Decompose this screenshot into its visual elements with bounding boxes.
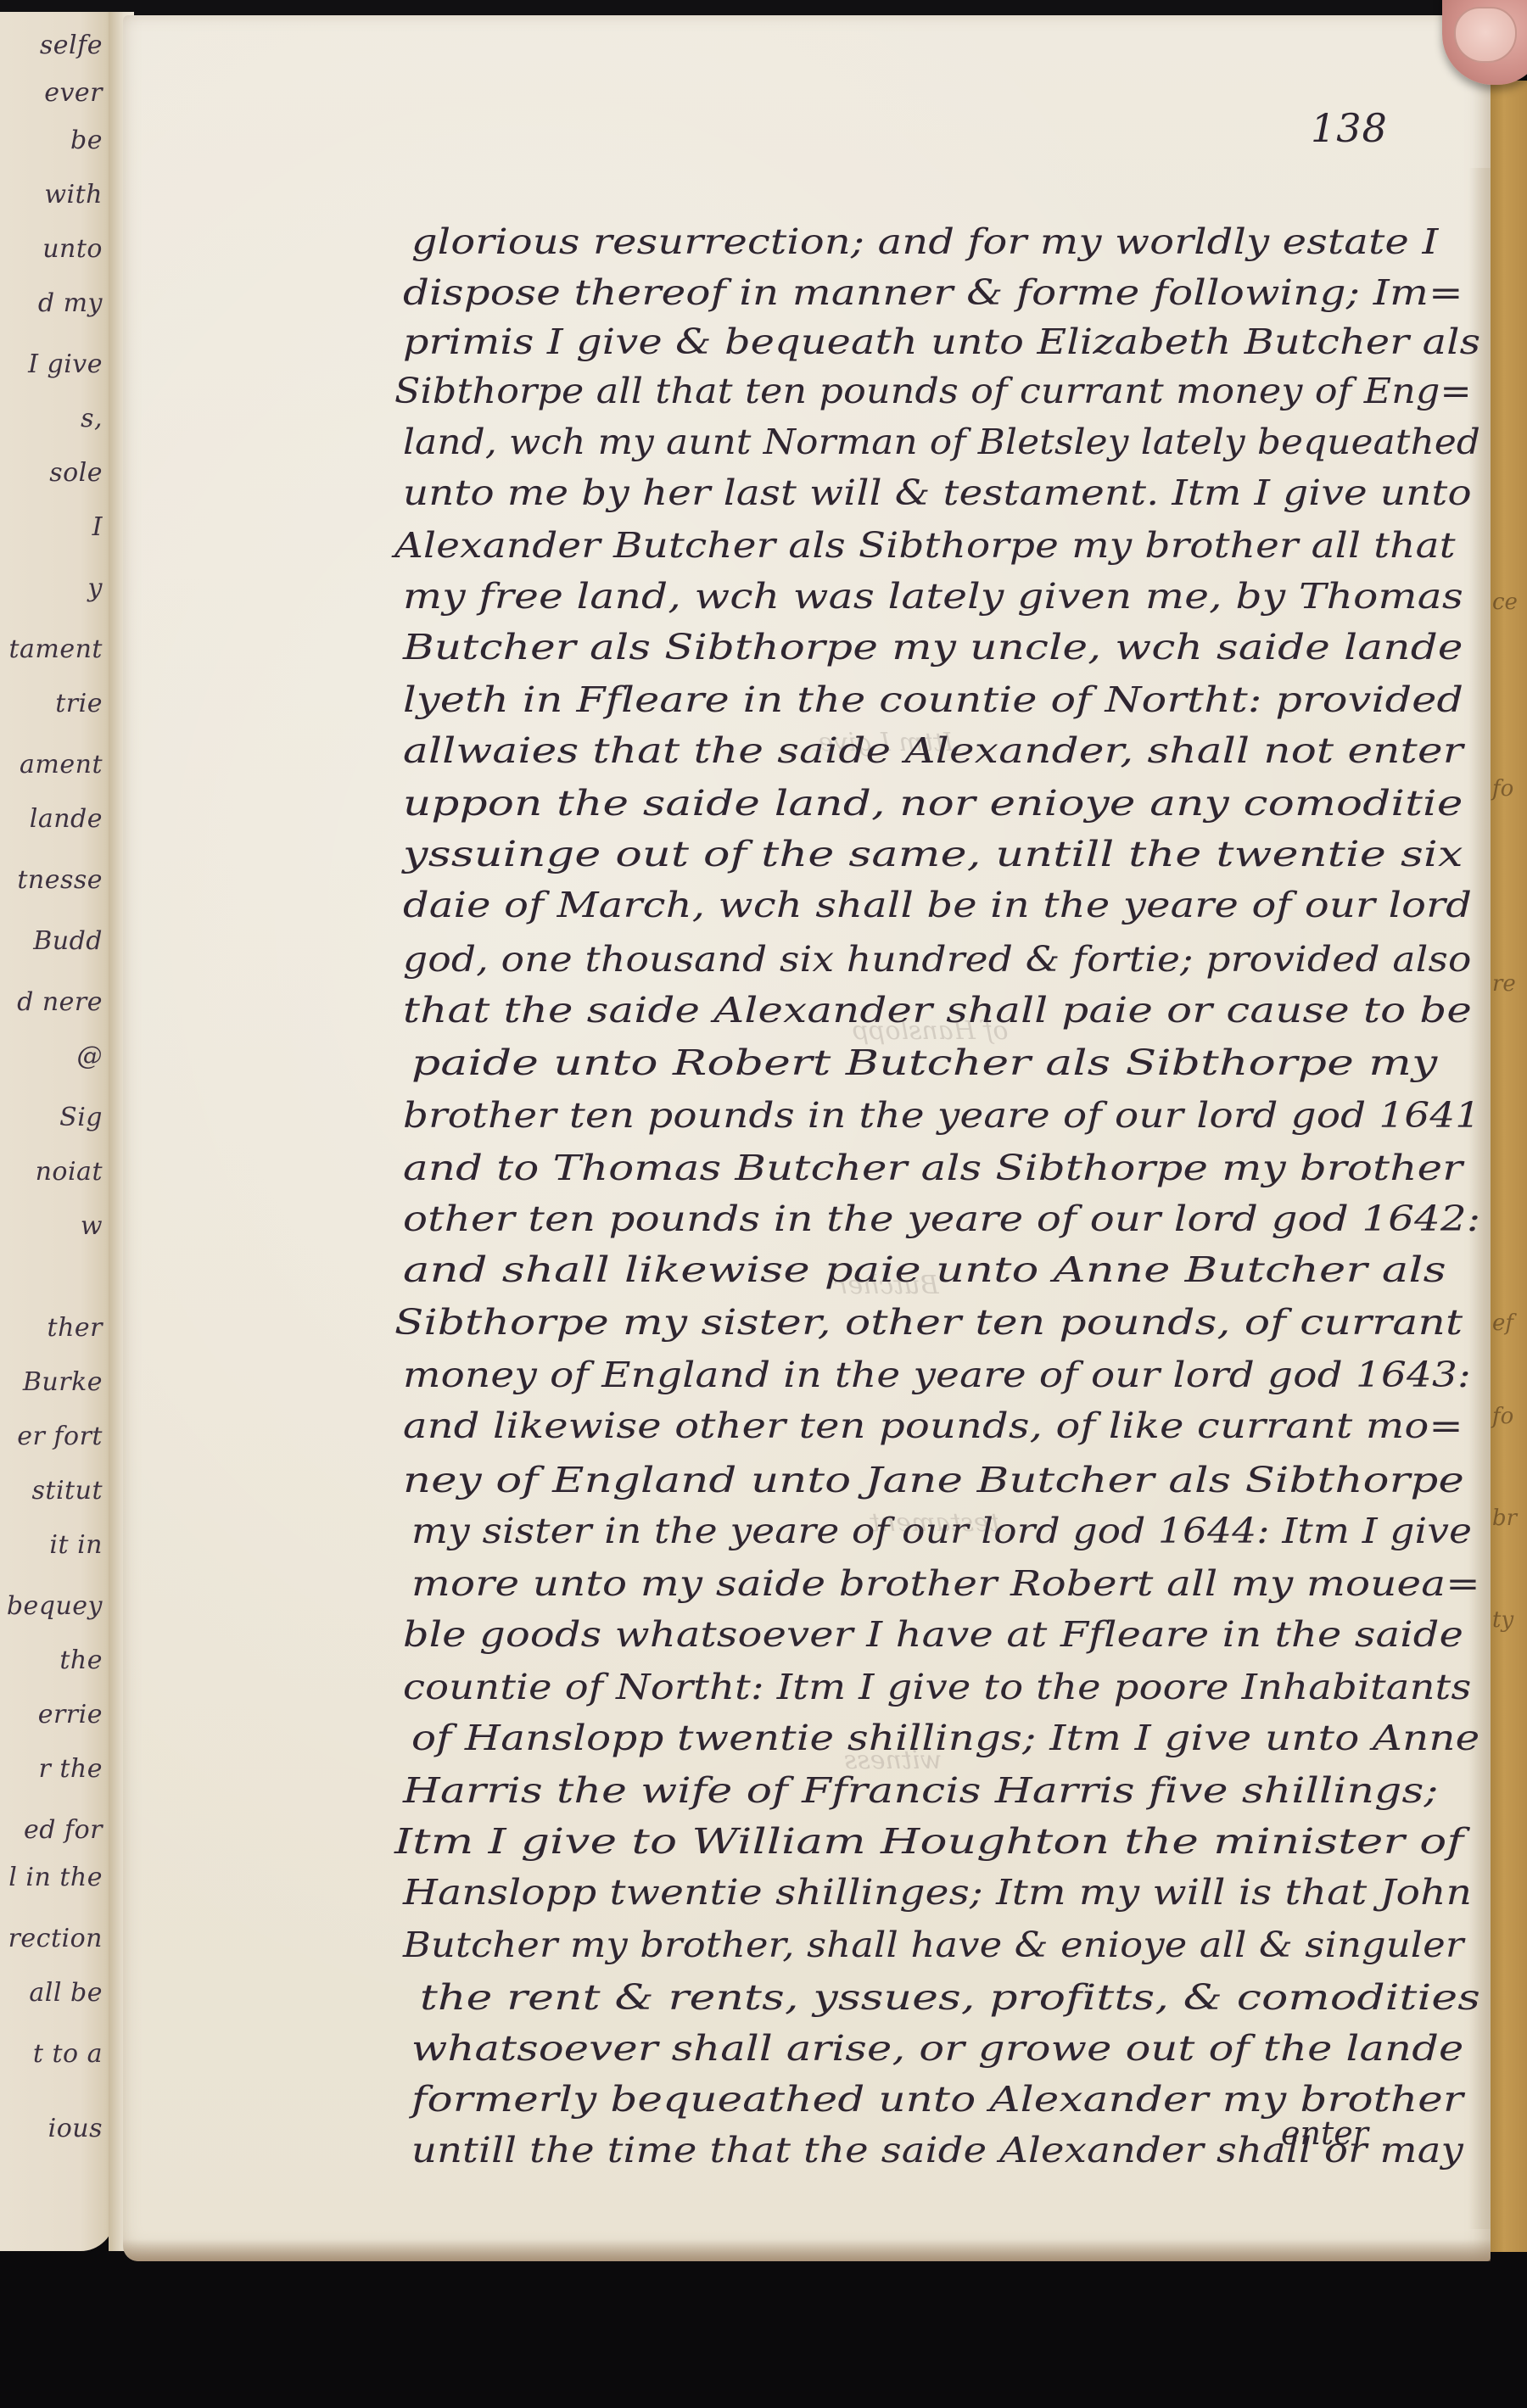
left-page-fragment: ament	[20, 750, 103, 779]
manuscript-line: other ten pounds in the yeare of our lor…	[403, 1193, 1480, 1244]
cover-ghost-text: fo	[1492, 1404, 1513, 1429]
left-page-fragment: with	[44, 180, 103, 210]
cover-ghost-text: re	[1492, 971, 1516, 997]
left-page-fragment: unto	[42, 234, 103, 264]
manuscript-line: money of England in the yeare of our lor…	[403, 1349, 1471, 1400]
manuscript-line: that the saide Alexander shall paie or c…	[403, 985, 1472, 1036]
left-page-fragment: it in	[49, 1530, 103, 1560]
manuscript-line: ney of England unto Jane Butcher als Sib…	[403, 1455, 1464, 1506]
manuscript-line: god, one thousand six hundred & fortie; …	[403, 934, 1472, 985]
manuscript-line: unto me by her last will & testament. It…	[403, 467, 1472, 518]
left-page-verso: selfeeverbewithuntod myI gives,soleIytam…	[0, 12, 115, 2251]
left-page-fragment: tnesse	[17, 865, 103, 895]
left-page-fragment: all be	[29, 1978, 103, 2008]
manuscript-line: Butcher my brother, shall have & enioye …	[403, 1919, 1464, 1970]
manuscript-line: ble goods whatsoever I have at Ffleare i…	[403, 1609, 1463, 1660]
cover-ghost-text: ef	[1492, 1310, 1513, 1336]
manuscript-line: and shall likewise paie unto Anne Butche…	[403, 1244, 1446, 1295]
manuscript-line: lyeth in Ffleare in the countie of North…	[403, 674, 1463, 725]
left-page-fragment: r the	[38, 1754, 103, 1784]
manuscript-line: and to Thomas Butcher als Sibthorpe my b…	[403, 1143, 1463, 1193]
cover-ghost-text: ty	[1492, 1607, 1513, 1633]
manuscript-line: allwaies that the saide Alexander, shall…	[403, 725, 1463, 776]
manuscript-line: Butcher als Sibthorpe my uncle, wch said…	[403, 622, 1463, 673]
left-page-fragment: rection	[8, 1924, 103, 1953]
manuscript-line: daie of March, wch shall be in the yeare…	[403, 880, 1472, 930]
book-cover-edge: ce fo re ef fo br ty	[1489, 81, 1527, 2252]
cover-ghost-text: br	[1492, 1506, 1517, 1531]
manuscript-line: Itm I give to William Houghton the minis…	[394, 1816, 1463, 1867]
left-page-fragment: the	[59, 1645, 103, 1675]
cover-ghost-text: ce	[1492, 589, 1518, 615]
left-page-fragment: sole	[49, 458, 103, 488]
left-page-fragment: @	[77, 1042, 103, 1071]
folio-number: 138	[1311, 105, 1388, 151]
manuscript-line: Sibthorpe my sister, other ten pounds, o…	[394, 1297, 1463, 1348]
manuscript-scene: ce fo re ef fo br ty selfeeverbewithunto…	[0, 0, 1527, 2408]
left-page-fragment: errie	[38, 1700, 103, 1729]
manuscript-line: glorious resurrection; and for my worldl…	[411, 216, 1439, 267]
left-page-fragment: w	[81, 1211, 103, 1241]
manuscript-line: primis I give & bequeath unto Elizabeth …	[403, 316, 1480, 367]
left-page-fragment: ever	[44, 78, 103, 108]
left-page-fragment: I	[92, 512, 103, 542]
manuscript-line: my sister in the yeare of our lord god 1…	[411, 1506, 1472, 1556]
left-page-fragment: tament	[8, 634, 103, 664]
manuscript-line: countie of Northt: Itm I give to the poo…	[403, 1662, 1471, 1712]
page-bottom-edge	[123, 2239, 1491, 2261]
left-page-fragment: trie	[55, 689, 103, 718]
manuscript-line: and likewise other ten pounds, of like c…	[403, 1400, 1463, 1451]
manuscript-line: Sibthorpe all that ten pounds of currant…	[394, 366, 1472, 416]
cover-ghost-text: fo	[1492, 776, 1513, 802]
left-page-fragment: noiat	[36, 1157, 103, 1187]
manuscript-line: Harris the wife of Ffrancis Harris five …	[403, 1765, 1439, 1816]
manuscript-line: yssuinge out of the same, untill the twe…	[403, 829, 1463, 880]
left-page-fragment: lande	[30, 804, 103, 834]
left-page-fragment: y	[88, 573, 103, 603]
left-page-fragment: Budd	[33, 926, 103, 956]
manuscript-line: land, wch my aunt Norman of Bletsley lat…	[403, 416, 1480, 467]
left-page-fragment: selfe	[40, 31, 103, 60]
left-page-fragment: ious	[48, 2114, 103, 2143]
left-page-fragment: ed for	[24, 1815, 103, 1845]
catchword: enter	[1281, 2115, 1368, 2152]
left-page-fragment: d nere	[17, 987, 103, 1017]
manuscript-line: the rent & rents, yssues, profitts, & co…	[420, 1972, 1480, 2023]
manuscript-line: of Hanslopp twentie shillings; Itm I giv…	[411, 1712, 1479, 1763]
left-page-fragment: be	[70, 126, 103, 155]
manuscript-line: my free land, wch was lately given me, b…	[403, 571, 1463, 622]
left-page-fragment: ther	[48, 1313, 103, 1343]
manuscript-line: paide unto Robert Butcher als Sibthorpe …	[411, 1037, 1438, 1088]
left-page-fragment: I give	[28, 349, 103, 379]
left-page-fragment: bequey	[7, 1591, 103, 1621]
left-page-fragment: s,	[81, 404, 103, 433]
thumbnail	[1454, 7, 1517, 63]
left-page-fragment: t to a	[33, 2039, 103, 2069]
left-page-fragment: Burke	[23, 1367, 103, 1397]
manuscript-line: Hanslopp twentie shillinges; Itm my will…	[403, 1867, 1472, 1918]
manuscript-line: more unto my saide brother Robert all my…	[411, 1558, 1480, 1609]
left-page-fragment: er fort	[17, 1422, 103, 1451]
manuscript-line: dispose thereof in manner & forme follow…	[403, 267, 1463, 318]
manuscript-line: brother ten pounds in the yeare of our l…	[403, 1090, 1480, 1141]
manuscript-line: Alexander Butcher als Sibthorpe my broth…	[394, 520, 1456, 571]
left-page-fragment: d my	[38, 288, 103, 318]
manuscript-line: uppon the saide land, nor enioye any com…	[403, 778, 1463, 829]
left-page-fragment: stitut	[32, 1476, 103, 1506]
left-page-fragment: Sig	[59, 1103, 103, 1132]
left-page-fragment: l in the	[8, 1863, 103, 1892]
manuscript-line: whatsoever shall arise, or growe out of …	[411, 2023, 1464, 2074]
